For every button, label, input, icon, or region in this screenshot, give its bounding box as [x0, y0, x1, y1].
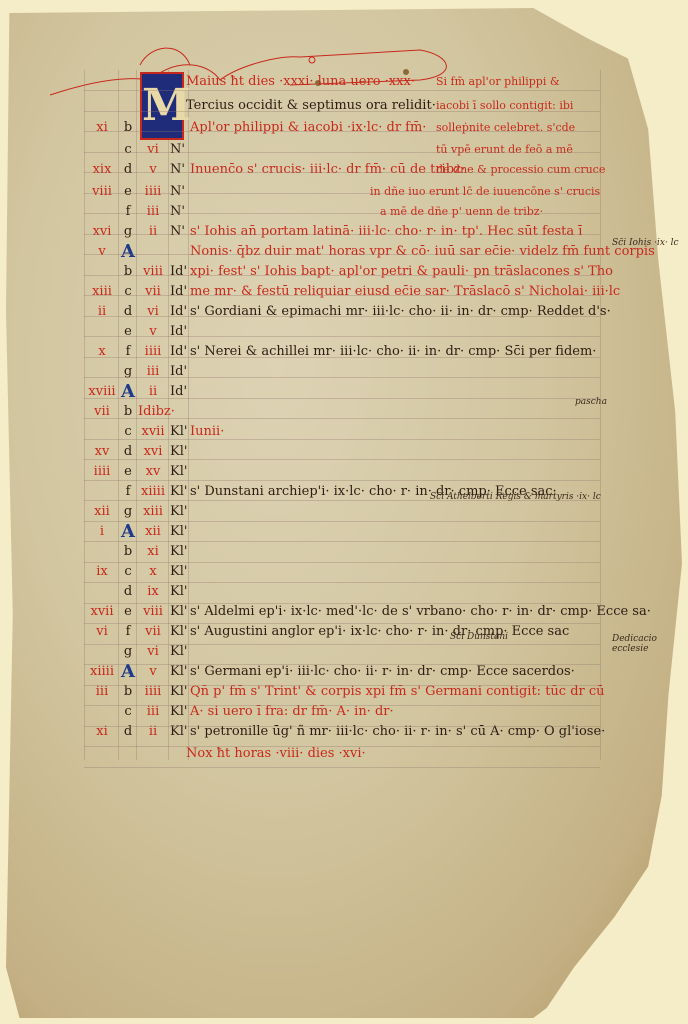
dominical-letter: c — [120, 562, 136, 582]
golden-number: xviii — [86, 382, 118, 402]
golden-number: xi — [86, 118, 118, 138]
dominical-letter: c — [120, 282, 136, 302]
golden-number: v — [86, 242, 118, 262]
roman-numeral-day: vi — [138, 642, 168, 662]
dominical-letter: A — [120, 382, 136, 402]
ruling-line — [84, 357, 600, 358]
ruling-line — [84, 664, 600, 665]
kalends-marker: N' — [170, 160, 188, 180]
ruling-line — [84, 111, 600, 112]
ruling-line — [84, 767, 600, 768]
golden-number: i — [86, 522, 118, 542]
feast-entry: Nonis· q̄bz duir mat' horas vpr & cō· iu… — [190, 242, 655, 262]
kalends-marker: Id' — [170, 362, 188, 382]
kalends-marker: N' — [170, 202, 188, 222]
golden-number: vi — [86, 622, 118, 642]
dominical-letter: c — [120, 140, 136, 160]
kalends-marker: Id' — [170, 262, 188, 282]
ruling-line — [84, 541, 600, 542]
roman-numeral-day: iii — [138, 362, 168, 382]
golden-number: xvii — [86, 602, 118, 622]
feast-entry: Inuenc̄o s' crucis· iii·lc· dr fm̄· cū d… — [190, 160, 465, 180]
roman-numeral-day: ii — [138, 382, 168, 402]
ruling-line — [84, 377, 600, 378]
dominical-letter: f — [120, 202, 136, 222]
feast-entry: me mr· & festū reliquiar eiusd ec̄ie sar… — [190, 282, 620, 302]
ruling-line — [84, 439, 600, 440]
ruling-line — [84, 582, 600, 583]
ruling-line — [84, 193, 600, 194]
dominical-letter: b — [120, 118, 136, 138]
golden-number: xix — [86, 160, 118, 180]
golden-number: ix — [86, 562, 118, 582]
dominical-letter: g — [120, 502, 136, 522]
ruling-line — [84, 254, 600, 255]
feast-entry: s' Gordiani & epimachi mr· iii·lc· cho· … — [190, 302, 611, 322]
ruling-line — [84, 213, 600, 214]
kalends-marker: N' — [170, 222, 188, 242]
ruling-line — [84, 603, 600, 604]
roman-numeral-day: v — [138, 160, 168, 180]
dominical-letter: A — [120, 522, 136, 542]
ruling-line — [84, 316, 600, 317]
ruling-line — [84, 746, 600, 747]
golden-number: xiiii — [86, 662, 118, 682]
ruling-line — [84, 234, 600, 235]
feast-entry: s' Aldelmi ep'i· ix·lc· med'·lc· de s' v… — [190, 602, 651, 622]
roman-numeral-day: viii — [138, 262, 168, 282]
marginal-note: Dedicacio ecclesie — [612, 634, 672, 654]
dominical-letter: g — [120, 222, 136, 242]
dominical-letter: d — [120, 582, 136, 602]
kalends-marker: Kl' — [170, 642, 188, 662]
kalends-marker: N' — [170, 140, 188, 160]
roman-numeral-day: xii — [138, 522, 168, 542]
feast-entry: Nox ħt horas ·viii· dies ·xvi· — [186, 744, 366, 764]
ruling-line — [84, 172, 600, 173]
roman-numeral-day: xiiii — [138, 482, 168, 502]
ruling-line — [84, 418, 600, 419]
marginal-note: Sc̄i Dunstani — [450, 632, 508, 642]
dominical-letter: A — [120, 662, 136, 682]
ruling-line — [84, 90, 600, 91]
feast-entry: xpi· fest' s' Iohis bapt· apl'or petri &… — [190, 262, 613, 282]
illuminated-initial-m: M — [140, 72, 184, 140]
roman-numeral-day: v — [138, 662, 168, 682]
dominical-letter: d — [120, 302, 136, 322]
golden-number: x — [86, 342, 118, 362]
dominical-letter: f — [120, 622, 136, 642]
golden-number: xii — [86, 502, 118, 522]
golden-number: ii — [86, 302, 118, 322]
roman-numeral-day: ii — [138, 222, 168, 242]
ruling-line — [84, 623, 600, 624]
dominical-letter: e — [120, 322, 136, 342]
dominical-letter: d — [120, 160, 136, 180]
marginal-note: Sc̄i Iohis ·ix· lc — [612, 238, 679, 248]
roman-numeral-day: ix — [138, 582, 168, 602]
kalends-marker: Kl' — [170, 522, 188, 542]
roman-numeral-day: iiii — [138, 342, 168, 362]
ruling-line — [84, 685, 600, 686]
golden-number: xiii — [86, 282, 118, 302]
roman-numeral-day: v — [138, 322, 168, 342]
roman-numeral-day: x — [138, 562, 168, 582]
ruling-line — [84, 152, 600, 153]
kalends-marker: Kl' — [170, 582, 188, 602]
kalends-marker: Kl' — [170, 562, 188, 582]
dominical-letter: b — [120, 542, 136, 562]
roman-numeral-day: vii — [138, 282, 168, 302]
ruling-line — [84, 459, 600, 460]
roman-numeral-day: Idibz· — [138, 402, 168, 422]
roman-numeral-day: iii — [138, 202, 168, 222]
marginal-note: pascha — [575, 397, 607, 407]
feast-entry: s' Nerei & achillei mr· iii·lc· cho· ii·… — [190, 342, 596, 362]
dominical-letter: f — [120, 482, 136, 502]
roman-numeral-day: xiii — [138, 502, 168, 522]
ruling-line — [84, 398, 600, 399]
feast-entry: s' Augustini anglor ep'i· ix·lc· cho· r·… — [190, 622, 569, 642]
dominical-letter: g — [120, 362, 136, 382]
feast-entry: s' Iohis an̄ portam latinā· iii·lc· cho·… — [190, 222, 582, 242]
roman-numeral-day: xi — [138, 542, 168, 562]
ruling-line — [84, 500, 600, 501]
dominical-letter: b — [120, 402, 136, 422]
kalends-marker: Kl' — [170, 542, 188, 562]
roman-numeral-day: vii — [138, 622, 168, 642]
kalends-marker: Kl' — [170, 662, 188, 682]
dominical-letter: g — [120, 642, 136, 662]
golden-number: vii — [86, 402, 118, 422]
dominical-letter: e — [120, 602, 136, 622]
feast-entry: s' Germani ep'i· iii·lc· cho· ii· r· in·… — [190, 662, 575, 682]
roman-numeral-day: vi — [138, 302, 168, 322]
ruling-line — [84, 295, 600, 296]
kalends-marker: Id' — [170, 322, 188, 342]
kalends-marker: Kl' — [170, 482, 188, 502]
kalends-marker: Kl' — [170, 602, 188, 622]
kalends-marker: Kl' — [170, 622, 188, 642]
kalends-marker: Id' — [170, 302, 188, 322]
kalends-marker: Id' — [170, 342, 188, 362]
dominical-letter: b — [120, 262, 136, 282]
ruling-line — [84, 131, 600, 132]
ruling-line — [84, 521, 600, 522]
ruling-line — [84, 480, 600, 481]
roman-numeral-day: vi — [138, 140, 168, 160]
ruling-line — [84, 726, 600, 727]
kalends-marker: Id' — [170, 282, 188, 302]
ruling-line — [84, 275, 600, 276]
ruling-line — [84, 336, 600, 337]
dominical-letter: A — [120, 242, 136, 262]
dominical-letter: f — [120, 342, 136, 362]
ruling-line — [84, 705, 600, 706]
golden-number: xvi — [86, 222, 118, 242]
feast-entry: Apl'or philippi & iacobi ·ix·lc· dr fm̄· — [190, 118, 426, 138]
ruling-line — [84, 562, 600, 563]
roman-numeral-day: viii — [138, 602, 168, 622]
ruling-line — [84, 644, 600, 645]
kalends-marker: Id' — [170, 382, 188, 402]
kalends-marker: Kl' — [170, 502, 188, 522]
